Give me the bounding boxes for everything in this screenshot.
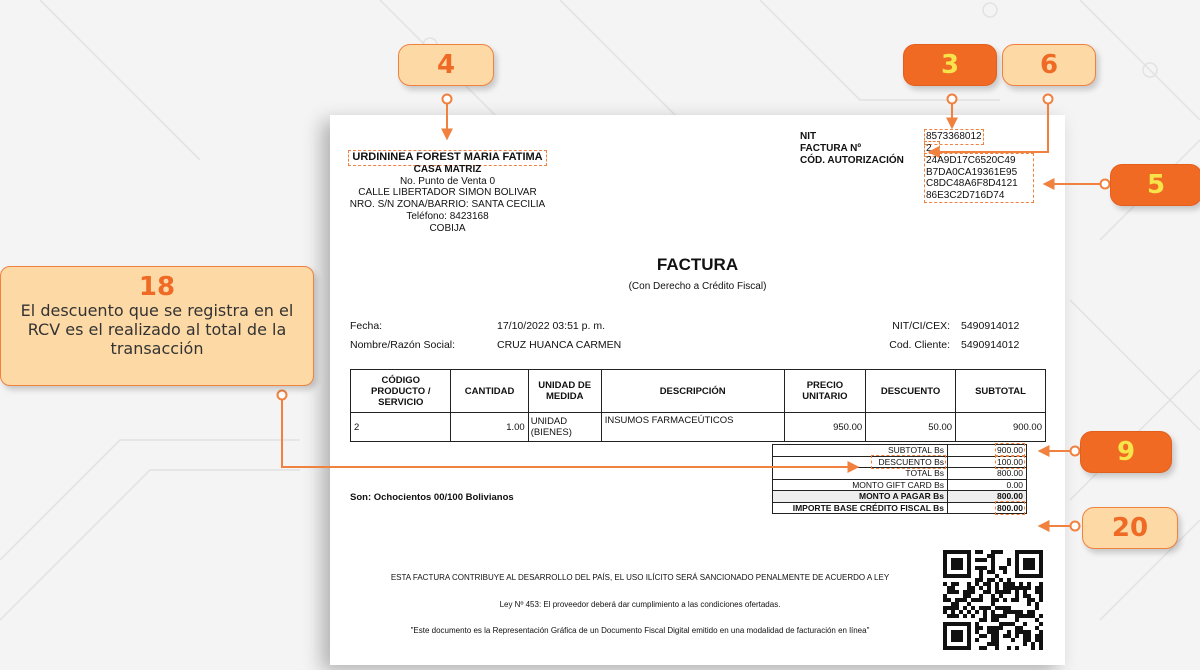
issuer-branch: CASA MATRIZ [330,164,565,176]
invoice-number-label: FACTURA Nº [800,143,861,155]
invoice-number-value: 2 [926,143,938,155]
col-unit: UNIDAD DE MEDIDA [528,370,601,413]
legal-notice-3: "Este documento es la Representación Grá… [330,626,950,635]
discount-value: 100.00 [948,456,1027,468]
col-code: CÓDIGO PRODUCTO / SERVICIO [351,370,451,413]
totals-row: IMPORTE BASE CRÉDITO FISCAL Bs 800.00 [773,502,1027,514]
auth-code-line: 24A9D17C6520C49 [926,155,1018,167]
amount-to-pay-label: MONTO A PAGAR Bs [773,491,948,503]
auth-code-value: 24A9D17C6520C49 B7DA0CA19361E95 C8DC48A6… [926,155,1032,201]
item-unit: UNIDAD (BIENES) [528,413,601,442]
issuer-address-2: NRO. S/N ZONA/BARRIO: SANTA CECILIA [330,199,565,211]
callout-6: 6 [1002,44,1096,86]
callout-18-text: El descuento que se registra en el RCV e… [1,301,313,358]
nit-label: NIT [800,131,816,143]
subtotal-label: SUBTOTAL Bs [773,445,948,457]
issuer-city: COBIJA [330,223,565,235]
total-label: TOTAL Bs [773,468,948,480]
customer-code-value: 5490914012 [961,339,1019,351]
col-qty: CANTIDAD [451,370,528,413]
auth-code-line: B7DA0CA19361E95 [926,167,1018,179]
item-discount: 50.00 [866,413,956,442]
amount-in-words: Son: Ochocientos 00/100 Bolivianos [350,492,514,503]
item-description: INSUMOS FARMACEÚTICOS [601,413,784,442]
items-header-row: CÓDIGO PRODUCTO / SERVICIO CANTIDAD UNID… [351,370,1046,413]
amount-to-pay-value: 800.00 [948,491,1027,503]
item-qty: 1.00 [451,413,528,442]
issuer-pos: No. Punto de Venta 0 [330,176,565,188]
document-subtitle: (Con Derecho a Crédito Fiscal) [330,281,1065,292]
tax-credit-base-label: IMPORTE BASE CRÉDITO FISCAL Bs [773,502,948,514]
callout-20: 20 [1082,507,1178,549]
nit-value: 8573368012 [926,131,982,143]
subtotal-value: 900.00 [948,445,1027,457]
totals-row: TOTAL Bs 800.00 [773,468,1027,480]
callout-3: 3 [903,44,997,86]
totals-table: SUBTOTAL Bs 900.00 DESCUENTO Bs 100.00 T… [772,444,1027,514]
gift-card-label: MONTO GIFT CARD Bs [773,479,948,491]
issuer-phone: Teléfono: 8423168 [330,211,565,223]
item-code: 2 [351,413,451,442]
total-value: 800.00 [948,468,1027,480]
totals-row: DESCUENTO Bs 100.00 [773,456,1027,468]
customer-nit-value: 5490914012 [961,320,1019,332]
customer-code-label: Cod. Cliente: [850,339,950,351]
customer-name-label: Nombre/Razón Social: [350,339,455,351]
issuer-address-1: CALLE LIBERTADOR SIMON BOLIVAR [330,187,565,199]
discount-label: DESCUENTO Bs [773,456,948,468]
table-row: 2 1.00 UNIDAD (BIENES) INSUMOS FARMACEÚT… [351,413,1046,442]
gift-card-value: 0.00 [948,479,1027,491]
callout-18-note: 18 El descuento que se registra en el RC… [0,266,314,386]
invoice-document: URDININEA FOREST MARIA FATIMA CASA MATRI… [330,115,1065,665]
col-description: DESCRIPCIÓN [601,370,784,413]
item-price: 950.00 [784,413,865,442]
callout-9: 9 [1080,431,1172,473]
auth-code-line: 86E3C2D716D74 [926,190,1018,202]
date-value: 17/10/2022 03:51 p. m. [497,320,605,332]
totals-row: SUBTOTAL Bs 900.00 [773,445,1027,457]
document-title: FACTURA [330,255,1065,275]
items-table: CÓDIGO PRODUCTO / SERVICIO CANTIDAD UNID… [350,369,1046,442]
tax-credit-base-value: 800.00 [948,502,1027,514]
col-price: PRECIO UNITARIO [784,370,865,413]
callout-4: 4 [398,44,494,86]
issuer-name: URDININEA FOREST MARIA FATIMA [350,152,544,164]
legal-notice-1: ESTA FACTURA CONTRIBUYE AL DESARROLLO DE… [330,573,950,582]
callout-18-number: 18 [1,273,313,301]
issuer-block: URDININEA FOREST MARIA FATIMA CASA MATRI… [330,152,565,235]
col-subtotal: SUBTOTAL [956,370,1046,413]
totals-row: MONTO GIFT CARD Bs 0.00 [773,479,1027,491]
callout-5: 5 [1110,164,1200,206]
totals-row: MONTO A PAGAR Bs 800.00 [773,491,1027,503]
customer-nit-label: NIT/CI/CEX: [850,320,950,332]
item-subtotal: 900.00 [956,413,1046,442]
qr-code-icon [943,550,1043,650]
auth-code-line: C8DC48A6F8D4121 [926,178,1018,190]
legal-notice-2: Ley Nº 453: El proveedor deberá dar cump… [330,600,950,609]
date-label: Fecha: [350,320,382,332]
col-discount: DESCUENTO [866,370,956,413]
customer-name-value: CRUZ HUANCA CARMEN [497,339,621,351]
auth-code-label: CÓD. AUTORIZACIÓN [800,155,904,167]
